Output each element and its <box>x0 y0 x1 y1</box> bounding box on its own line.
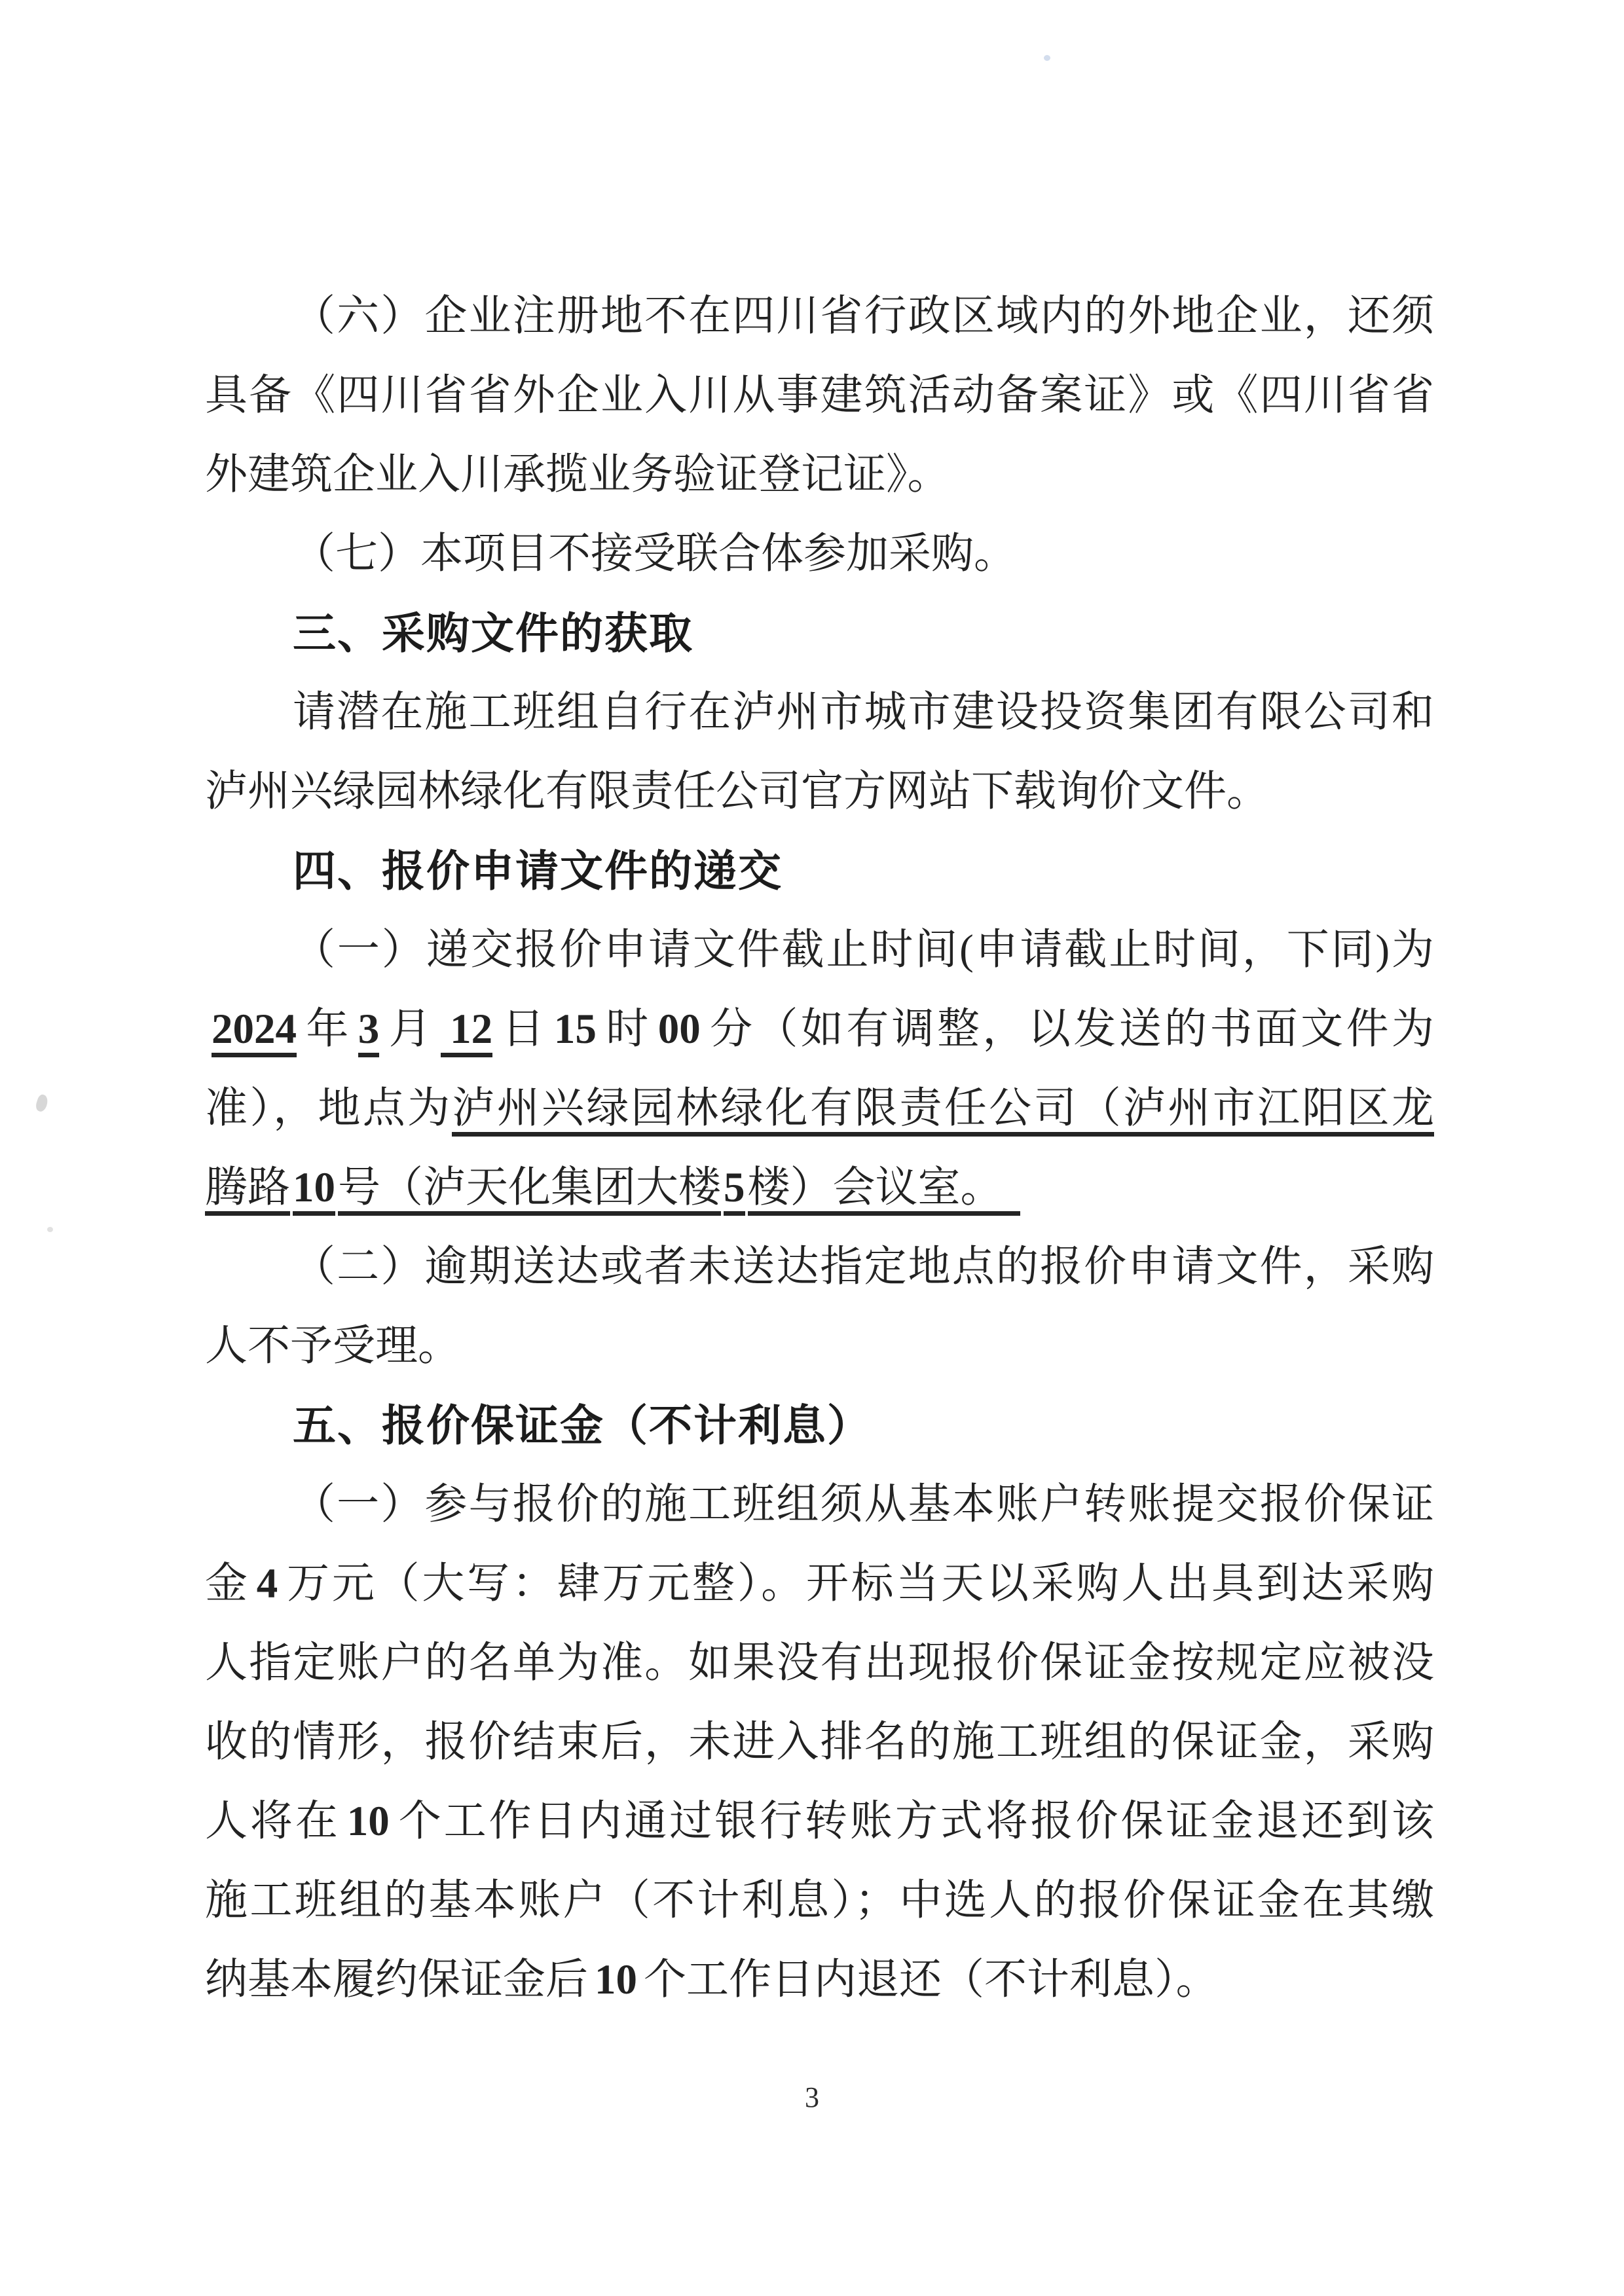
location-road-number: 10 <box>293 1164 335 1216</box>
section-5-line-2: 金4万元（大写：肆万元整）。开标当天以采购人出具到达采购 <box>205 1544 1434 1624</box>
refund-pre: 人将在 <box>205 1798 341 1845</box>
deadline-minute-rest: 分（如有调整，以发送的书面文件为 <box>707 1006 1434 1053</box>
deadline-minute: 00 <box>658 1006 701 1053</box>
deadline-day: 12 <box>441 1006 492 1057</box>
location-building: 号（泸天化集团大楼 <box>338 1164 721 1216</box>
location-floor-number: 5 <box>724 1164 745 1216</box>
section-5-line-6: 施工班组的基本账户（不计利息）；中选人的报价保证金在其缴 <box>205 1861 1434 1941</box>
scan-speck <box>34 1093 49 1113</box>
deadline-month-unit: 月 <box>386 1006 434 1053</box>
winner-refund-pre: 纳基本履约保证金后 <box>205 1956 588 2003</box>
deadline-hour: 15 <box>554 1006 597 1053</box>
clause-6-line-3: 外建筑企业入川承揽业务验证登记证》。 <box>205 435 1434 515</box>
section-5-heading: 五、报价保证金（不计利息） <box>205 1386 1434 1465</box>
section-5-line-3: 人指定账户的名单为准。如果没有出现报价保证金按规定应被没 <box>205 1624 1434 1703</box>
page-number: 3 <box>0 2081 1624 2114</box>
location-line-2: 腾路10号（泸天化集团大楼5楼）会议室。 <box>205 1148 1434 1228</box>
location-underlined: 泸州兴绿园林绿化有限责任公司（泸州市江阳区龙 <box>452 1085 1434 1137</box>
section-3-line-1: 请潜在施工班组自行在泸州市城市建设投资集团有限公司和 <box>205 673 1434 752</box>
section-3-heading: 三、采购文件的获取 <box>205 594 1434 673</box>
deadline-year-unit: 年 <box>303 1006 352 1053</box>
location-pre: 准），地点为 <box>205 1085 452 1132</box>
section-5-line-7: 纳基本履约保证金后10个工作日内退还（不计利息）。 <box>205 1941 1434 2020</box>
section-4-item-2-line-2: 人不予受理。 <box>205 1307 1434 1386</box>
clause-7-line: （七）本项目不接受联合体参加采购。 <box>205 515 1434 594</box>
deadline-year: 2024 <box>212 1006 297 1057</box>
scan-speck <box>47 1227 53 1232</box>
section-5-line-4: 收的情形，报价结束后，未进入排名的施工班组的保证金，采购 <box>205 1703 1434 1782</box>
document-page: （六）企业注册地不在四川省行政区域内的外地企业，还须 具备《四川省省外企业入川从… <box>0 0 1624 2296</box>
winner-refund-rest: 个工作日内退还（不计利息）。 <box>644 1956 1219 2003</box>
document-body: （六）企业注册地不在四川省行政区域内的外地企业，还须 具备《四川省省外企业入川从… <box>205 277 1434 2020</box>
deposit-pre: 金 <box>205 1560 250 1607</box>
section-5-line-5: 人将在10个工作日内通过银行转账方式将报价保证金退还到该 <box>205 1782 1434 1861</box>
refund-rest: 个工作日内通过银行转账方式将报价保证金退还到该 <box>396 1798 1434 1845</box>
section-4-item-2-line-1: （二）逾期送达或者未送达指定地点的报价申请文件，采购 <box>205 1228 1434 1307</box>
clause-6-line-1: （六）企业注册地不在四川省行政区域内的外地企业，还须 <box>205 277 1434 356</box>
clause-6-line-2: 具备《四川省省外企业入川从事建筑活动备案证》或《四川省省 <box>205 356 1434 435</box>
section-5-line-1: （一）参与报价的施工班组须从基本账户转账提交报价保证 <box>205 1465 1434 1544</box>
section-4-heading: 四、报价申请文件的递交 <box>205 831 1434 911</box>
scan-speck <box>1044 55 1050 61</box>
deadline-month: 3 <box>358 1006 380 1057</box>
deposit-rest: 万元（大写：肆万元整）。开标当天以采购人出具到达采购 <box>284 1560 1434 1607</box>
location-road: 腾路 <box>205 1164 290 1216</box>
section-4-item-1-line-1: （一）递交报价申请文件截止时间(申请截止时间，下同)为 <box>205 911 1434 990</box>
deadline-hour-unit: 时 <box>603 1006 652 1053</box>
refund-days: 10 <box>347 1798 390 1845</box>
location-line-1: 准），地点为泸州兴绿园林绿化有限责任公司（泸州市江阳区龙 <box>205 1069 1434 1148</box>
deadline-date-line: 2024年3月12日15时00分（如有调整，以发送的书面文件为 <box>205 990 1434 1069</box>
winner-refund-days: 10 <box>595 1956 637 2003</box>
section-3-line-2: 泸州兴绿园林绿化有限责任公司官方网站下载询价文件。 <box>205 752 1434 831</box>
location-room: 楼）会议室。 <box>748 1164 1020 1216</box>
deposit-amount: 4 <box>257 1560 278 1607</box>
deadline-day-unit: 日 <box>499 1006 547 1053</box>
